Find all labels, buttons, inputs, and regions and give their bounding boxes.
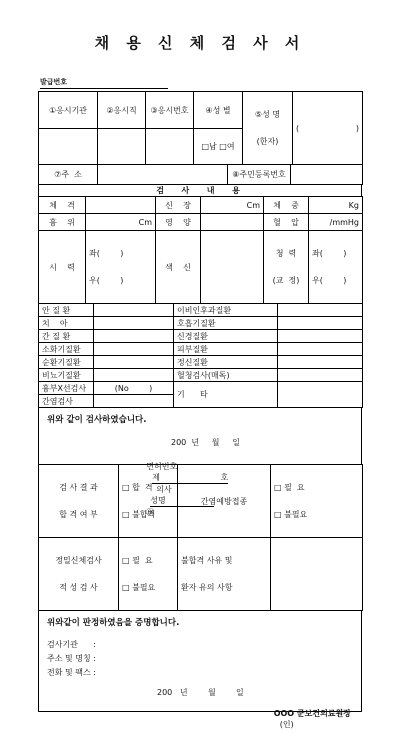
disease-label: 이비인후과질환	[174, 304, 278, 317]
detailed-exam-checkboxes: □ 필 요 □ 불필요	[119, 538, 178, 611]
exam-date: 200 년 월 일	[171, 437, 240, 448]
applicant-name-hanja-value: ( )	[293, 92, 363, 165]
hearing-label: 청 력 (교 정)	[264, 231, 309, 304]
applicant-table: ①응시기관 ②응시직 ③응시번호 ④성 별 ⑤성 명 (한자) ( ) □남 □…	[38, 91, 363, 165]
license-line: 면허번호 제 호 의사 성명 ㊞	[131, 452, 228, 527]
disease-label: 호흡기질환	[174, 317, 278, 330]
hepatitis-value	[94, 395, 174, 408]
color-vision-label: 색 신	[156, 231, 201, 304]
applicant-number-header: ③응시번호	[146, 92, 194, 129]
resident-no-label: ⑧주민등록번호	[228, 165, 291, 185]
vision-label: 시 력	[39, 231, 86, 304]
doctor-statement-block: 위와 같이 검사하였습니다. 200 년 월 일 면허번호 제 호 의사 성명 …	[38, 407, 362, 465]
disease-label: 신경질환	[174, 330, 278, 343]
color-vision-value	[201, 231, 264, 304]
disease-value	[278, 343, 363, 356]
blood-pressure-unit: /mmHg	[309, 214, 363, 231]
examined-statement: 위와 같이 검사하였습니다.	[47, 413, 146, 425]
chest-label: 흉 위	[39, 214, 86, 231]
director-signature: OOO 군보건의료원장 (인)	[257, 699, 351, 739]
hearing-value: 좌( ) 우( )	[309, 231, 363, 304]
certification-block: 위와같이 판정하였음을 증명합니다. 검사기관 : 주소 및 명칭 : 전화 및…	[38, 610, 362, 712]
height-unit: Cm	[201, 197, 264, 214]
disease-label: 치 아	[39, 317, 94, 330]
chest-unit: Cm	[86, 214, 156, 231]
applicant-position-value	[98, 129, 146, 165]
detailed-exam-label: 정밀신체검사 적 성 검 사	[39, 538, 119, 611]
applicant-org-value	[39, 129, 98, 165]
director-seal-label: (인)	[280, 720, 294, 729]
issue-number-label: 발급번호	[40, 77, 168, 89]
disease-value	[94, 317, 174, 330]
applicant-name-hanja-header: ⑤성 명 (한자)	[243, 92, 293, 165]
disease-value	[278, 317, 363, 330]
page-title: 채 용 신 체 검 사 서	[0, 32, 400, 53]
disease-value	[278, 356, 363, 369]
nutrition-value	[201, 214, 264, 231]
doctor-label: 의사	[156, 485, 171, 494]
nutrition-label: 영 양	[156, 214, 201, 231]
chest-xray-value: (No )	[94, 382, 174, 395]
doctor-name-field: 성명	[150, 495, 214, 507]
agency-label: 검사기관 :	[47, 639, 96, 650]
address-label: ⑦주 소	[39, 165, 98, 185]
applicant-number-value	[146, 129, 194, 165]
weight-unit: Kg	[309, 197, 363, 214]
disease-label: 간 질 환	[39, 330, 94, 343]
disease-label: 혈청검사(매독)	[174, 369, 278, 382]
certify-statement: 위와같이 판정하였음을 증명합니다.	[47, 616, 179, 628]
fail-reason-value	[271, 538, 363, 611]
physique-label: 체 격	[39, 197, 86, 214]
applicant-gender-header: ④성 별	[194, 92, 243, 129]
applicant-org-header: ①응시기관	[39, 92, 98, 129]
license-number-field: 제 호	[152, 472, 228, 484]
disease-value	[278, 304, 363, 317]
disease-label: 비뇨기질환	[39, 369, 94, 382]
chest-xray-label: 흉부X선검사	[39, 382, 94, 395]
doctor-seal-icon: ㊞	[146, 508, 154, 517]
license-label: 면허번호	[146, 462, 177, 471]
weight-label: 체 중	[264, 197, 309, 214]
fail-reason-label: 불합격 사유 및 환자 유의 사항	[178, 538, 271, 611]
applicant-position-header: ②응시직	[98, 92, 146, 129]
disease-value	[94, 369, 174, 382]
issue-number-row: 발급번호	[40, 69, 400, 89]
physique-value	[86, 197, 156, 214]
disease-value	[94, 330, 174, 343]
hepatitis-label: 간염검사	[39, 395, 94, 408]
exam-section-title: 검 사 내 용	[38, 184, 362, 197]
disease-value	[94, 343, 174, 356]
blood-pressure-label: 혈 압	[264, 214, 309, 231]
disease-value	[278, 330, 363, 343]
agency-phone-label: 전화 및 팩스 :	[47, 667, 96, 678]
measurements-table: 체 격 신 장 Cm 체 중 Kg 흉 위 Cm 영 양 혈 압 /mmHg 시…	[38, 196, 363, 304]
disease-value	[94, 356, 174, 369]
agency-address-label: 주소 및 명칭 :	[47, 653, 96, 664]
disease-label: 안 질 환	[39, 304, 94, 317]
form-frame: ①응시기관 ②응시직 ③응시번호 ④성 별 ⑤성 명 (한자) ( ) □남 □…	[38, 91, 362, 712]
applicant-gender-checkboxes: □남 □여	[194, 129, 243, 165]
height-label: 신 장	[156, 197, 201, 214]
etc-value	[278, 382, 363, 408]
address-table: ⑦주 소 ⑧주민등록번호	[38, 164, 363, 185]
exam-result-label: 검 사 결 과 합 격 여 부	[39, 465, 119, 538]
address-value	[98, 165, 228, 185]
disease-label: 순환기질환	[39, 356, 94, 369]
disease-label: 정신질환	[174, 356, 278, 369]
diseases-table: 안 질 환 이비인후과질환 치 아 호흡기질환 간 질 환 신경질환 소화기질환…	[38, 303, 363, 408]
vision-value: 좌( ) 우( )	[86, 231, 156, 304]
certify-date: 200 년 월 일	[157, 687, 244, 698]
etc-label: 기 타	[174, 382, 278, 408]
disease-value	[278, 369, 363, 382]
disease-label: 소화기질환	[39, 343, 94, 356]
vaccine-needed-checkboxes: □ 필 요 □ 불필요	[271, 465, 363, 538]
disease-label: 피부질환	[174, 343, 278, 356]
resident-no-value	[291, 165, 363, 185]
disease-value	[94, 304, 174, 317]
